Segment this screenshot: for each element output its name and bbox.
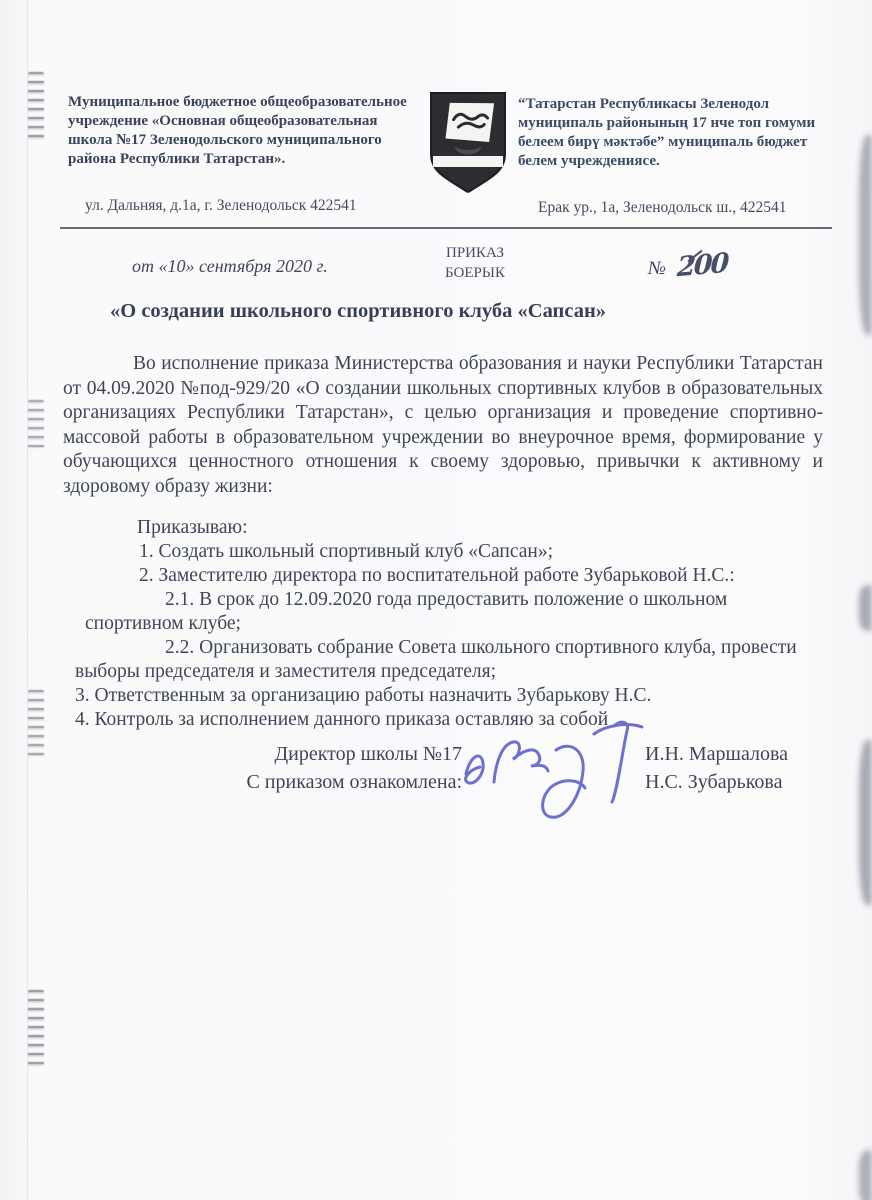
- order-item-2-2: 2.2. Организовать собрание Совета школьн…: [63, 636, 825, 684]
- organization-name-russian: Муниципальное бюджетное общеобразователь…: [68, 93, 416, 169]
- order-item-2-1: 2.1. В срок до 12.09.2020 года предостав…: [63, 588, 785, 636]
- left-scan-marks: [28, 990, 44, 1066]
- acknowledged-name: Н.С. Зубарькова: [645, 768, 865, 796]
- address-tatar: Ерак ур., 1а, Зеленодольск ш., 422541: [538, 199, 786, 217]
- director-name: И.Н. Маршалова: [645, 740, 865, 768]
- address-russian: ул. Дальняя, д.1а, г. Зеленодольск 42254…: [85, 197, 357, 215]
- order-items: Приказываю: 1. Создать школьный спортивн…: [63, 516, 825, 732]
- order-item-2: 2. Заместителю директора по воспитательн…: [63, 564, 825, 588]
- order-item-1: 1. Создать школьный спортивный клуб «Сап…: [63, 540, 825, 564]
- right-edge-smudge: [859, 1150, 872, 1200]
- organization-name-tatar: “Татарстан Республикасы Зеленодол муници…: [518, 95, 840, 171]
- header-divider: [60, 227, 832, 229]
- scanned-document-sheet: Муниципальное бюджетное общеобразователь…: [0, 0, 872, 1200]
- order-number: № 200: [648, 250, 727, 281]
- zelenodolsk-coat-of-arms-icon: [424, 88, 512, 200]
- signature-block: Директор школы №17 С приказом ознакомлен…: [0, 740, 872, 850]
- order-title: «О создании школьного спортивного клуба …: [110, 300, 810, 323]
- document-type-russian: ПРИКАЗ: [395, 243, 555, 263]
- document-type: ПРИКАЗ БОЕРЫК: [395, 243, 555, 283]
- order-intro: Приказываю:: [63, 516, 825, 540]
- order-date: от «10» сентября 2020 г.: [132, 256, 328, 277]
- order-preamble: Во исполнение приказа Министерства образ…: [63, 352, 823, 499]
- numero-sign: №: [648, 258, 666, 279]
- signature-labels: Директор школы №17 С приказом ознакомлен…: [0, 740, 462, 796]
- acknowledged-label: С приказом ознакомлена:: [0, 768, 462, 796]
- handwritten-signature: [458, 712, 653, 822]
- signature-names: И.Н. Маршалова Н.С. Зубарькова: [645, 740, 865, 796]
- right-edge-smudge: [859, 135, 872, 335]
- order-number-handwritten: 200: [676, 248, 728, 284]
- right-edge-smudge: [859, 585, 872, 631]
- left-scan-marks: [28, 400, 44, 448]
- director-label: Директор школы №17: [0, 740, 462, 768]
- left-scan-marks: [28, 72, 44, 142]
- order-item-3: 3. Ответственным за организацию работы н…: [63, 684, 825, 708]
- document-type-tatar: БОЕРЫК: [395, 263, 555, 283]
- order-item-4: 4. Контроль за исполнением данного прика…: [63, 708, 825, 732]
